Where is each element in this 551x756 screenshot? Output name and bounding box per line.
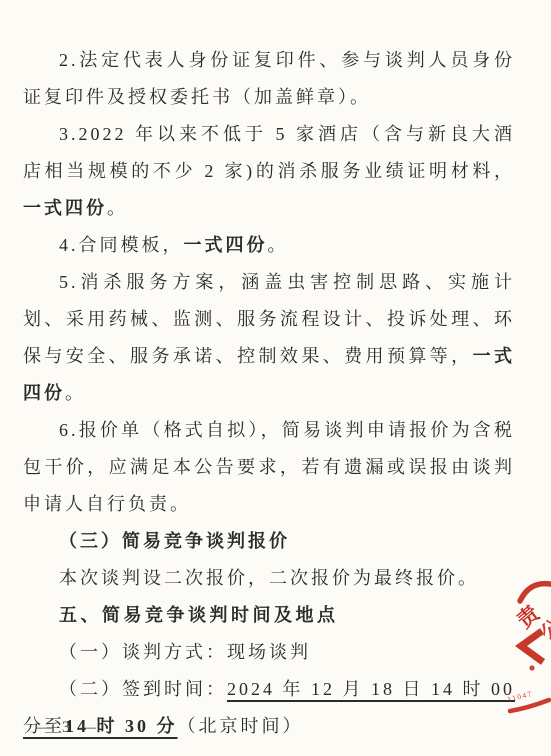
paragraph-text: （一）谈判方式：现场谈判 bbox=[59, 642, 311, 662]
paragraph-item4-contract: 4.合同模板，一式四份。 bbox=[23, 227, 515, 264]
heading-text: 五、简易竞争谈判时间及地点 bbox=[59, 605, 339, 625]
heading-section5-time-place: 五、简易竞争谈判时间及地点 bbox=[23, 597, 515, 634]
paragraph-text: 本次谈判设二次报价，二次报价为最终报价。 bbox=[59, 568, 479, 588]
paragraph-text: 5.消杀服务方案，涵盖虫害控制思路、实施计划、采用药械、监测、服务流程设计、投诉… bbox=[23, 272, 515, 366]
paragraph-text: 。 bbox=[268, 235, 289, 255]
paragraph-text: 6.报价单（格式自拟），简易谈判申请报价为含税包干价，应满足本公告要求，若有遗漏… bbox=[23, 420, 515, 514]
page-number: — 3 — bbox=[36, 719, 99, 737]
paragraph-item5-plan: 5.消杀服务方案，涵盖虫害控制思路、实施计划、采用药械、监测、服务流程设计、投诉… bbox=[23, 264, 515, 412]
paragraph-text: 。 bbox=[107, 198, 128, 218]
timezone-note: （北京时间） bbox=[178, 716, 304, 736]
paragraph-text: 。 bbox=[65, 383, 86, 403]
paragraph-text: （二）签到时间： bbox=[59, 679, 227, 699]
seal-char-primary: 责 bbox=[512, 600, 544, 633]
paragraph-text: 2.法定代表人身份证复印件、参与谈判人员身份证复印件及授权委托书（加盖鲜章）。 bbox=[23, 50, 515, 107]
paragraph-item6-quote: 6.报价单（格式自拟），简易谈判申请报价为含税包干价，应满足本公告要求，若有遗漏… bbox=[23, 412, 515, 523]
heading-section3-pricing: （三）简易竞争谈判报价 bbox=[23, 523, 515, 560]
heading-text: （三）简易竞争谈判报价 bbox=[59, 531, 290, 551]
seal-char-partial: 公 bbox=[536, 614, 551, 645]
paragraph-item3-experience: 3.2022 年以来不低于 5 家酒店（含与新良大酒店相当规模的不少 2 家)的… bbox=[23, 116, 515, 227]
paragraph-text: 4.合同模板， bbox=[59, 235, 184, 255]
paragraph-text: 3.2022 年以来不低于 5 家酒店（含与新良大酒店相当规模的不少 2 家)的… bbox=[23, 124, 515, 181]
paragraph-item2-id-copies: 2.法定代表人身份证复印件、参与谈判人员身份证复印件及授权委托书（加盖鲜章）。 bbox=[23, 42, 515, 116]
emphasized-phrase: 一式四份 bbox=[23, 198, 107, 218]
emphasized-phrase: 一式四份 bbox=[184, 235, 268, 255]
document-body: 2.法定代表人身份证复印件、参与谈判人员身份证复印件及授权委托书（加盖鲜章）。 … bbox=[23, 42, 515, 745]
paragraph-second-offer: 本次谈判设二次报价，二次报价为最终报价。 bbox=[23, 560, 515, 597]
scanned-document-page: 2.法定代表人身份证复印件、参与谈判人员身份证复印件及授权委托书（加盖鲜章）。 … bbox=[0, 0, 551, 756]
paragraph-negotiation-method: （一）谈判方式：现场谈判 bbox=[23, 634, 515, 671]
